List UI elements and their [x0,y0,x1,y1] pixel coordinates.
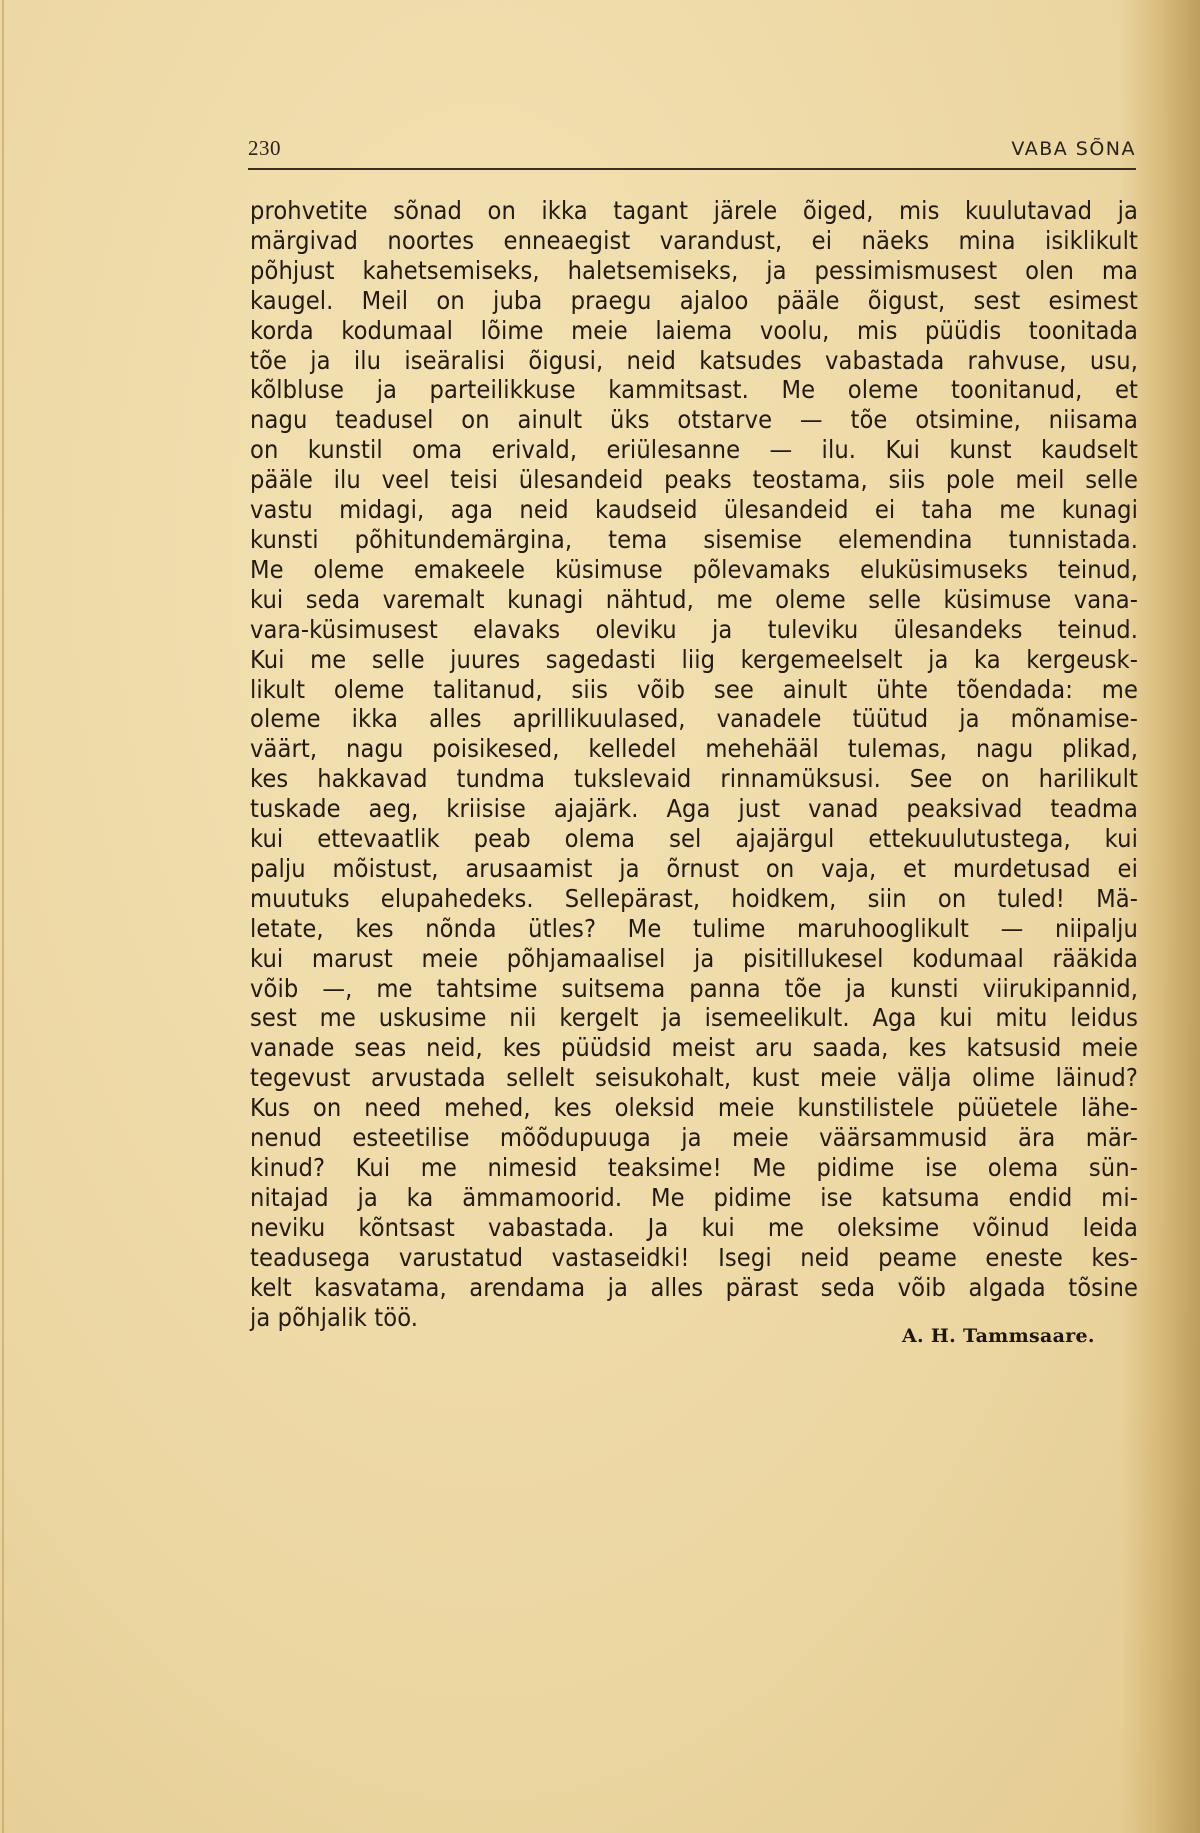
scanned-page: 230 VABA SÕNA prohvetite sõnad on ikka t… [0,0,1200,1833]
text-line: muutuks elupahedeks. Sellepärast, hoidke… [250,884,1138,914]
text-line: on kunstil oma erivald, eriülesanne — il… [250,435,1138,465]
text-line: põhjust kahetsemiseks, haletsemiseks, ja… [250,256,1138,286]
text-line: kui seda varemalt kunagi nähtud, me olem… [250,585,1138,615]
text-line: vanade seas neid, kes püüdsid meist aru … [250,1033,1138,1063]
text-line: Kui me selle juures sagedasti liig kerge… [250,645,1138,675]
text-line: vara-küsimusest elavaks oleviku ja tulev… [250,615,1138,645]
text-line: kaugel. Meil on juba praegu ajaloo pääle… [250,286,1138,316]
text-line: kinud? Kui me nimesid teaksime! Me pidim… [250,1153,1138,1183]
text-line: Me oleme emakeele küsimuse põlevamaks el… [250,555,1138,585]
text-line: võib —, me tahtsime suitsema panna tõe j… [250,974,1138,1004]
text-line: korda kodumaal lõime meie laiema voolu, … [250,316,1138,346]
text-line: prohvetite sõnad on ikka tagant järele õ… [250,196,1138,226]
article-body: prohvetite sõnad on ikka tagant järele õ… [250,196,1138,1332]
text-line: väärt, nagu poisikesed, kelledel mehehää… [250,734,1138,764]
text-line: neviku kõntsast vabastada. Ja kui me ole… [250,1213,1138,1243]
text-line: likult oleme talitanud, siis võib see ai… [250,675,1138,705]
text-line: tuskade aeg, kriisise ajajärk. Aga just … [250,794,1138,824]
text-line: Kus on need mehed, kes oleksid meie kuns… [250,1093,1138,1123]
text-line: kunsti põhitundemärgina, tema sisemise e… [250,525,1138,555]
text-line: nenud esteetilise mõõdupuuga ja meie vää… [250,1123,1138,1153]
text-line: nitajad ja ka ämmamoorid. Me pidime ise … [250,1183,1138,1213]
text-line: letate, kes nõnda ütles? Me tulime maruh… [250,914,1138,944]
journal-title: VABA SÕNA [1011,138,1136,160]
page-number: 230 [248,136,281,161]
text-line: oleme ikka alles aprillikuulased, vanade… [250,704,1138,734]
text-line: pääle ilu veel teisi ülesandeid peaks te… [250,465,1138,495]
text-line: märgivad noortes enneaegist varandust, e… [250,226,1138,256]
text-line: teadusega varustatud vastaseidki! Isegi … [250,1243,1138,1273]
text-line: tegevust arvustada sellelt seisukohalt, … [250,1063,1138,1093]
text-line: vastu midagi, aga neid kaudseid ülesande… [250,495,1138,525]
page-edge [2,0,4,1833]
text-line: nagu teadusel on ainult üks otstarve — t… [250,405,1138,435]
text-line: palju mõistust, arusaamist ja õrnust on … [250,854,1138,884]
author-signature: A. H. Tammsaare. [902,1325,1095,1347]
header-rule [248,168,1136,170]
text-line: kelt kasvatama, arendama ja alles pärast… [250,1273,1138,1303]
text-line: tõe ja ilu iseäralisi õigusi, neid katsu… [250,346,1138,376]
running-head: 230 VABA SÕNA [248,136,1136,161]
text-line: kes hakkavad tundma tukslevaid rinnamüks… [250,764,1138,794]
text-line: kõlbluse ja parteilikkuse kammitsast. Me… [250,375,1138,405]
text-line: kui marust meie põhjamaalisel ja pisitil… [250,944,1138,974]
text-line: sest me uskusime nii kergelt ja isemeeli… [250,1003,1138,1033]
text-line: kui ettevaatlik peab olema sel ajajärgul… [250,824,1138,854]
